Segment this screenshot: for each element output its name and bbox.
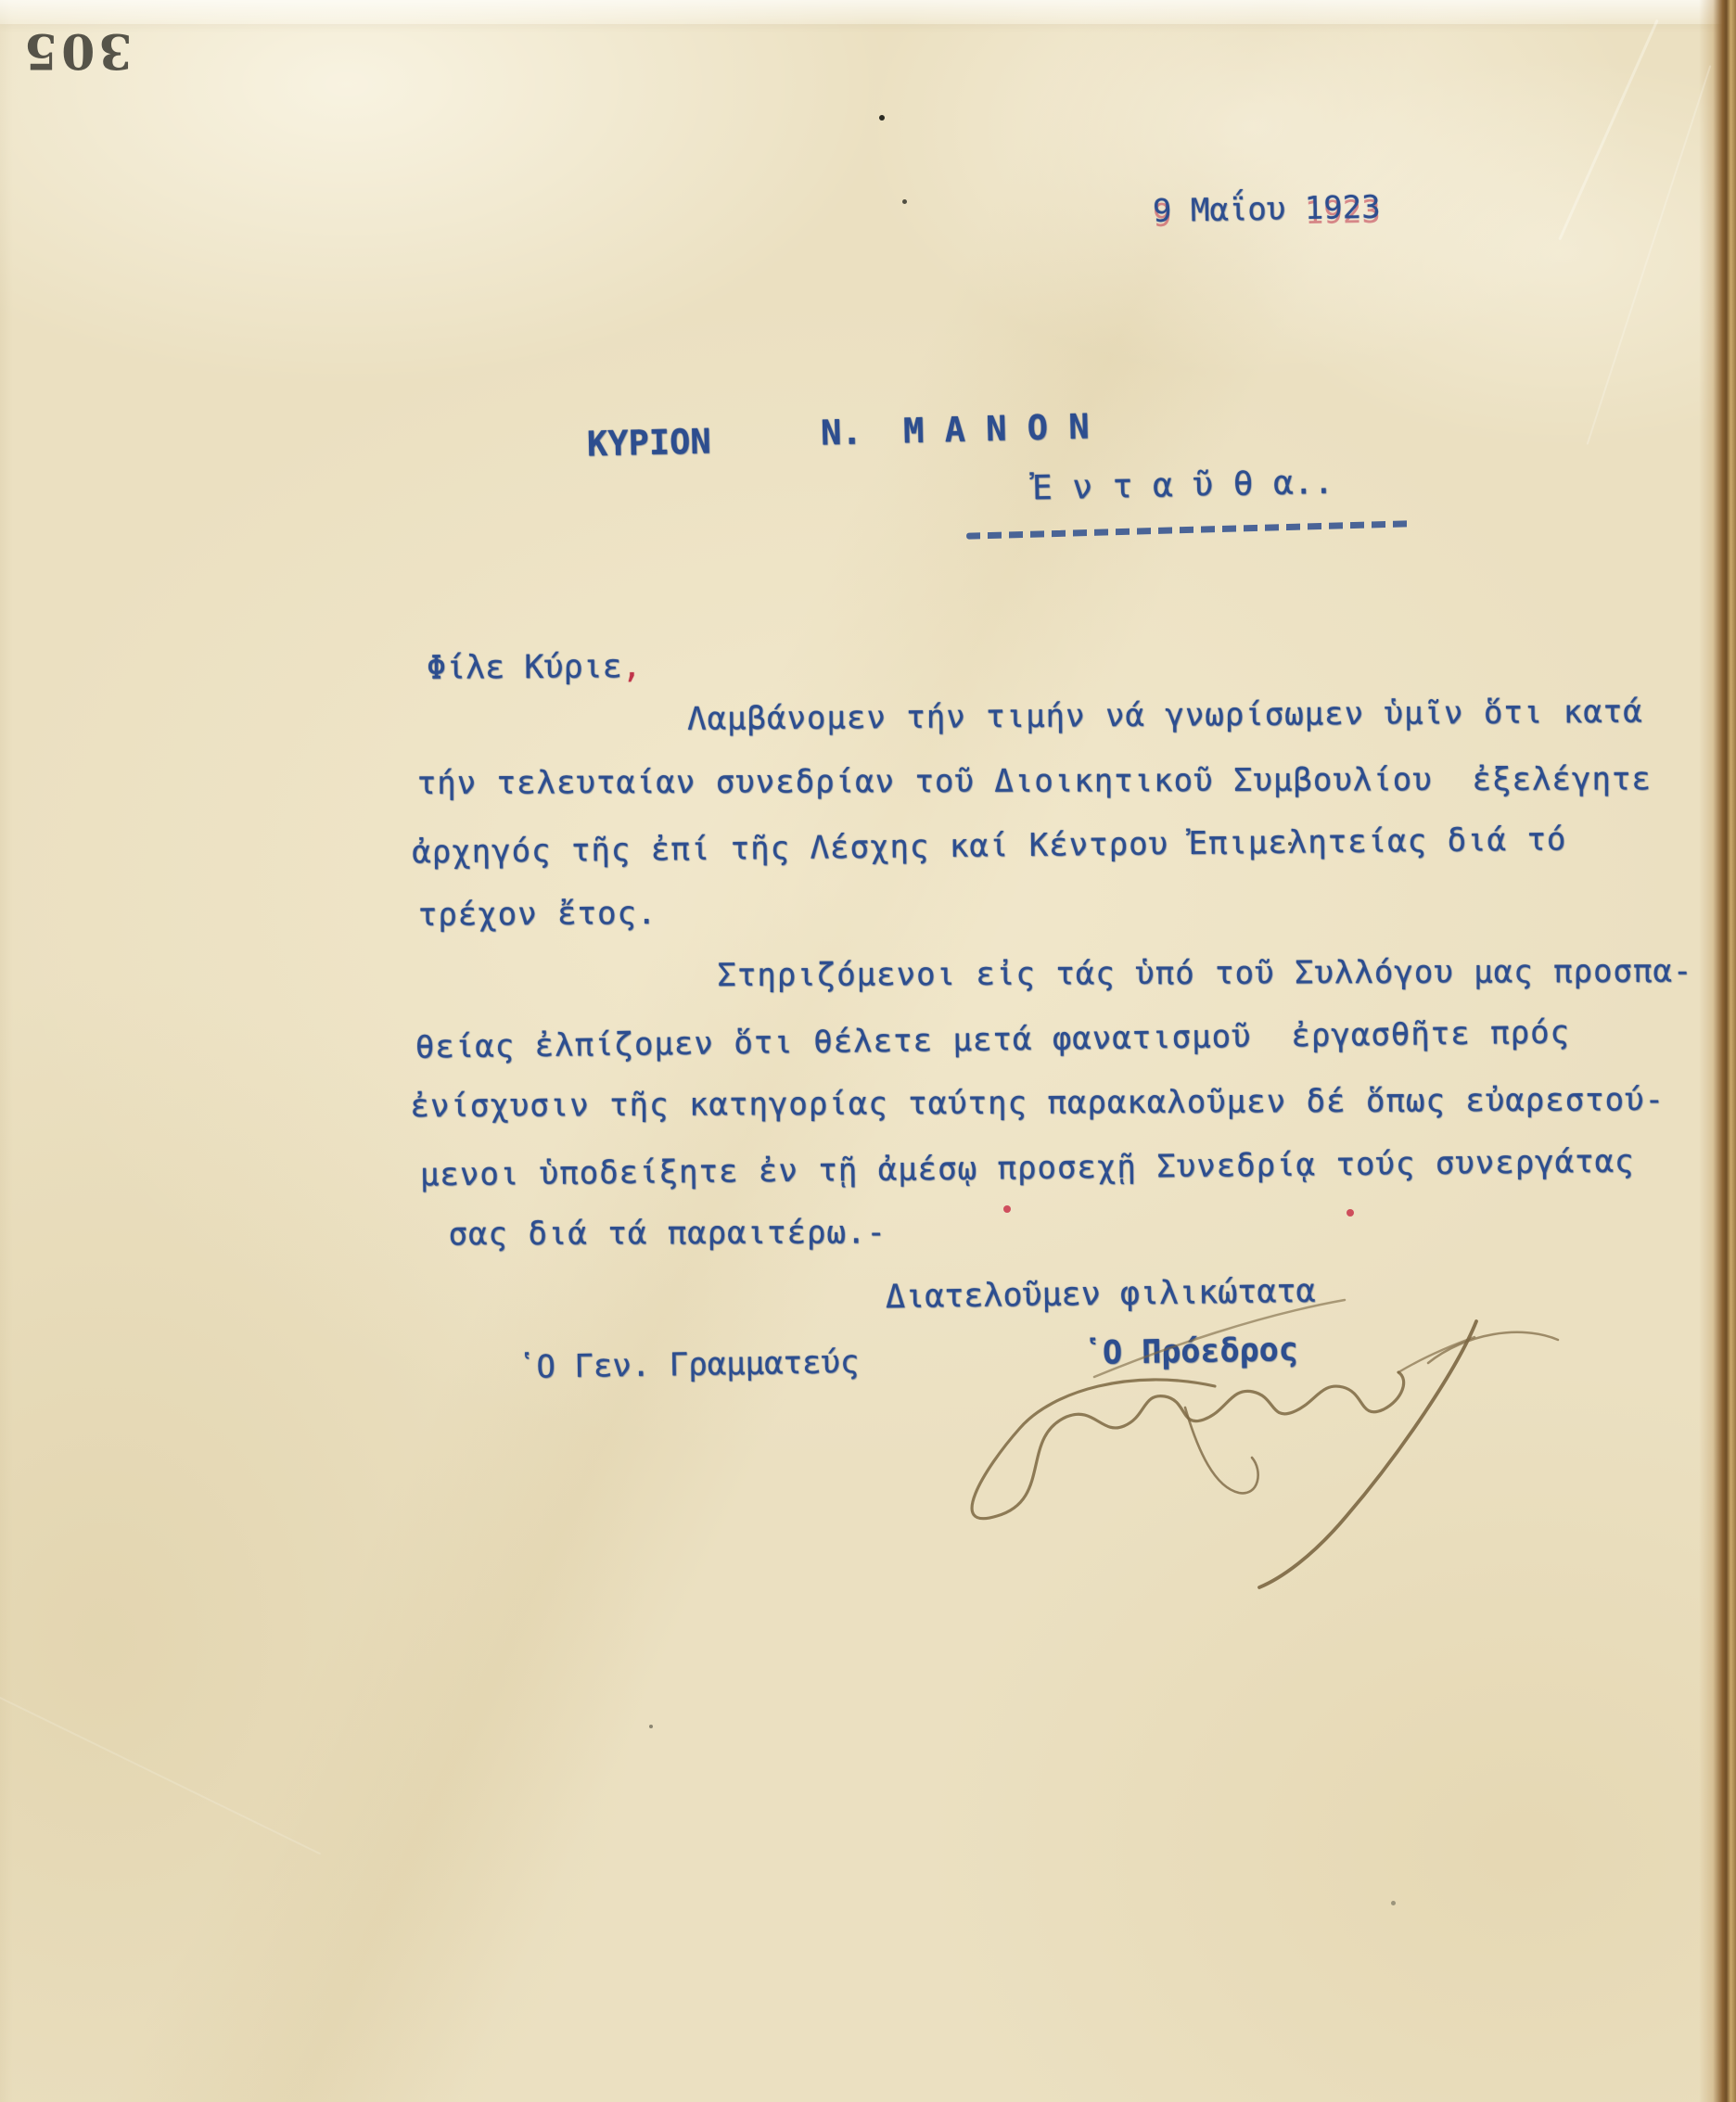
recipient-title: ΚΥΡΙΟΝ	[587, 421, 712, 464]
recipient-location: Ἐ ν τ α ῦ θ α..	[1032, 464, 1334, 508]
letter-date: 9 Μαΐου 1923	[1153, 189, 1381, 230]
archive-number-stamp: 305	[20, 22, 133, 79]
date-day: 9	[1153, 193, 1172, 230]
letter-line: Λαμβάνομεν τήν τιμήν νά γνωρίσωμεν ὑμῖν …	[416, 693, 1716, 767]
letter-line: μενοι ὑποδείξητε ἐν τῇ ἀμέσῳ προσεχῇ Συν…	[420, 1141, 1719, 1220]
letter-line: τήν τελευταίαν συνεδρίαν τοῦ Διοικητικοῦ…	[417, 760, 1716, 829]
ink-speck	[1391, 1901, 1396, 1905]
recipient-name: Ν. Μ Α Ν Ο Ν	[821, 406, 1091, 452]
letter-line: ἐνίσχυσιν τῆς κατηγορίας ταύτης παρακαλο…	[410, 1081, 1717, 1153]
paper-crease	[0, 1650, 321, 1855]
salutation-comma: ,	[622, 648, 642, 685]
date-year: 1923	[1304, 189, 1381, 227]
letter-line: θείας ἐλπίζομεν ὅτι θέλετε μετά φανατισμ…	[415, 1012, 1718, 1093]
secretary-title: ῾Ο Γεν. Γραμματεύς	[517, 1344, 860, 1386]
paper-top-edge	[0, 0, 1736, 24]
dashed-underline	[966, 520, 1410, 539]
letter-page: 305 9 Μαΐου 1923 ΚΥΡΙΟΝ Ν. Μ Α Ν Ο Ν Ἐ ν…	[0, 0, 1736, 2102]
paper-crease	[1587, 65, 1712, 445]
ink-speck	[1288, 842, 1292, 846]
letter-line: Στηριζόμενοι εἰς τάς ὑπό τοῦ Συλλόγου μα…	[426, 952, 1717, 1023]
ink-speck	[879, 115, 885, 121]
salutation-text: Φίλε Κύριε	[427, 648, 622, 686]
paper-crease	[1558, 19, 1658, 241]
ink-speck	[649, 1725, 653, 1728]
date-month: Μαΐου	[1191, 191, 1286, 230]
ink-speck	[902, 199, 907, 204]
handwritten-signature	[909, 1289, 1576, 1604]
salutation: Φίλε Κύριε,	[427, 648, 642, 687]
red-ink-subscript-dot	[1003, 1205, 1011, 1213]
red-ink-subscript-dot	[1347, 1209, 1354, 1217]
letter-body: Λαμβάνομεν τήν τιμήν νά γνωρίσωμεν ὑμῖν …	[416, 693, 1719, 1282]
letter-line: τρέχον ἔτος.	[418, 885, 1717, 960]
letter-line: σας διά τά παραιτέρω.-	[448, 1210, 1718, 1280]
